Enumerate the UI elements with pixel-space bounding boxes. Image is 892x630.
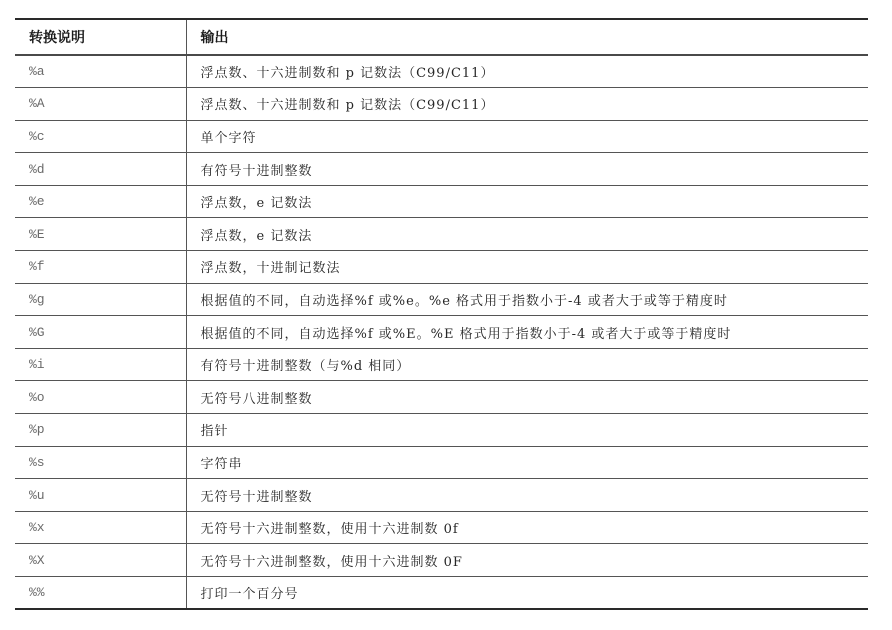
desc-cell: 浮点数、十六进制数和 p 记数法（C99/C11） xyxy=(186,55,868,88)
desc-cell: 浮点数，十进制记数法 xyxy=(186,251,868,284)
table-row: %E 浮点数，e 记数法 xyxy=(15,218,868,251)
spec-cell: %f xyxy=(15,251,186,284)
spec-cell: %o xyxy=(15,381,186,414)
spec-cell: %a xyxy=(15,55,186,88)
spec-cell: %u xyxy=(15,479,186,512)
desc-cell: 单个字符 xyxy=(186,120,868,153)
spec-cell: %x xyxy=(15,511,186,544)
table-row: %A 浮点数、十六进制数和 p 记数法（C99/C11） xyxy=(15,88,868,121)
table-header: 转换说明 输出 xyxy=(15,19,868,55)
spec-cell: %G xyxy=(15,316,186,349)
desc-cell: 无符号十六进制整数，使用十六进制数 0F xyxy=(186,544,868,577)
desc-cell: 根据值的不同，自动选择%f 或%e。%e 格式用于指数小于-4 或者大于或等于精… xyxy=(186,283,868,316)
table-row: %u 无符号十进制整数 xyxy=(15,479,868,512)
header-row: 转换说明 输出 xyxy=(15,19,868,55)
desc-cell: 根据值的不同，自动选择%f 或%E。%E 格式用于指数小于-4 或者大于或等于精… xyxy=(186,316,868,349)
table-row: %d 有符号十进制整数 xyxy=(15,153,868,186)
spec-cell: %E xyxy=(15,218,186,251)
table-row: %a 浮点数、十六进制数和 p 记数法（C99/C11） xyxy=(15,55,868,88)
table-body: %a 浮点数、十六进制数和 p 记数法（C99/C11） %A 浮点数、十六进制… xyxy=(15,55,868,609)
table-row: %o 无符号八进制整数 xyxy=(15,381,868,414)
desc-cell: 有符号十进制整数（与%d 相同） xyxy=(186,348,868,381)
desc-cell: 有符号十进制整数 xyxy=(186,153,868,186)
desc-cell: 指针 xyxy=(186,414,868,447)
table-row: %p 指针 xyxy=(15,414,868,447)
table-row: %s 字符串 xyxy=(15,446,868,479)
spec-cell: %g xyxy=(15,283,186,316)
header-conversion: 转换说明 xyxy=(15,19,186,55)
desc-cell: 浮点数，e 记数法 xyxy=(186,185,868,218)
conversion-spec-table: 转换说明 输出 %a 浮点数、十六进制数和 p 记数法（C99/C11） %A … xyxy=(15,18,868,610)
table-row: %% 打印一个百分号 xyxy=(15,577,868,610)
table-row: %c 单个字符 xyxy=(15,120,868,153)
header-output: 输出 xyxy=(186,19,868,55)
table-row: %i 有符号十进制整数（与%d 相同） xyxy=(15,348,868,381)
desc-cell: 字符串 xyxy=(186,446,868,479)
table-row: %e 浮点数，e 记数法 xyxy=(15,185,868,218)
table-row: %x 无符号十六进制整数，使用十六进制数 0f xyxy=(15,511,868,544)
spec-cell: %c xyxy=(15,120,186,153)
table-row: %g 根据值的不同，自动选择%f 或%e。%e 格式用于指数小于-4 或者大于或… xyxy=(15,283,868,316)
spec-cell: %X xyxy=(15,544,186,577)
spec-cell: %s xyxy=(15,446,186,479)
spec-cell: %A xyxy=(15,88,186,121)
spec-cell: %i xyxy=(15,348,186,381)
table-row: %G 根据值的不同，自动选择%f 或%E。%E 格式用于指数小于-4 或者大于或… xyxy=(15,316,868,349)
spec-cell: %p xyxy=(15,414,186,447)
desc-cell: 打印一个百分号 xyxy=(186,577,868,610)
desc-cell: 浮点数，e 记数法 xyxy=(186,218,868,251)
desc-cell: 无符号十六进制整数，使用十六进制数 0f xyxy=(186,511,868,544)
spec-cell: %d xyxy=(15,153,186,186)
spec-cell: %% xyxy=(15,577,186,610)
table-row: %X 无符号十六进制整数，使用十六进制数 0F xyxy=(15,544,868,577)
desc-cell: 浮点数、十六进制数和 p 记数法（C99/C11） xyxy=(186,88,868,121)
desc-cell: 无符号十进制整数 xyxy=(186,479,868,512)
spec-cell: %e xyxy=(15,185,186,218)
table-row: %f 浮点数，十进制记数法 xyxy=(15,251,868,284)
desc-cell: 无符号八进制整数 xyxy=(186,381,868,414)
